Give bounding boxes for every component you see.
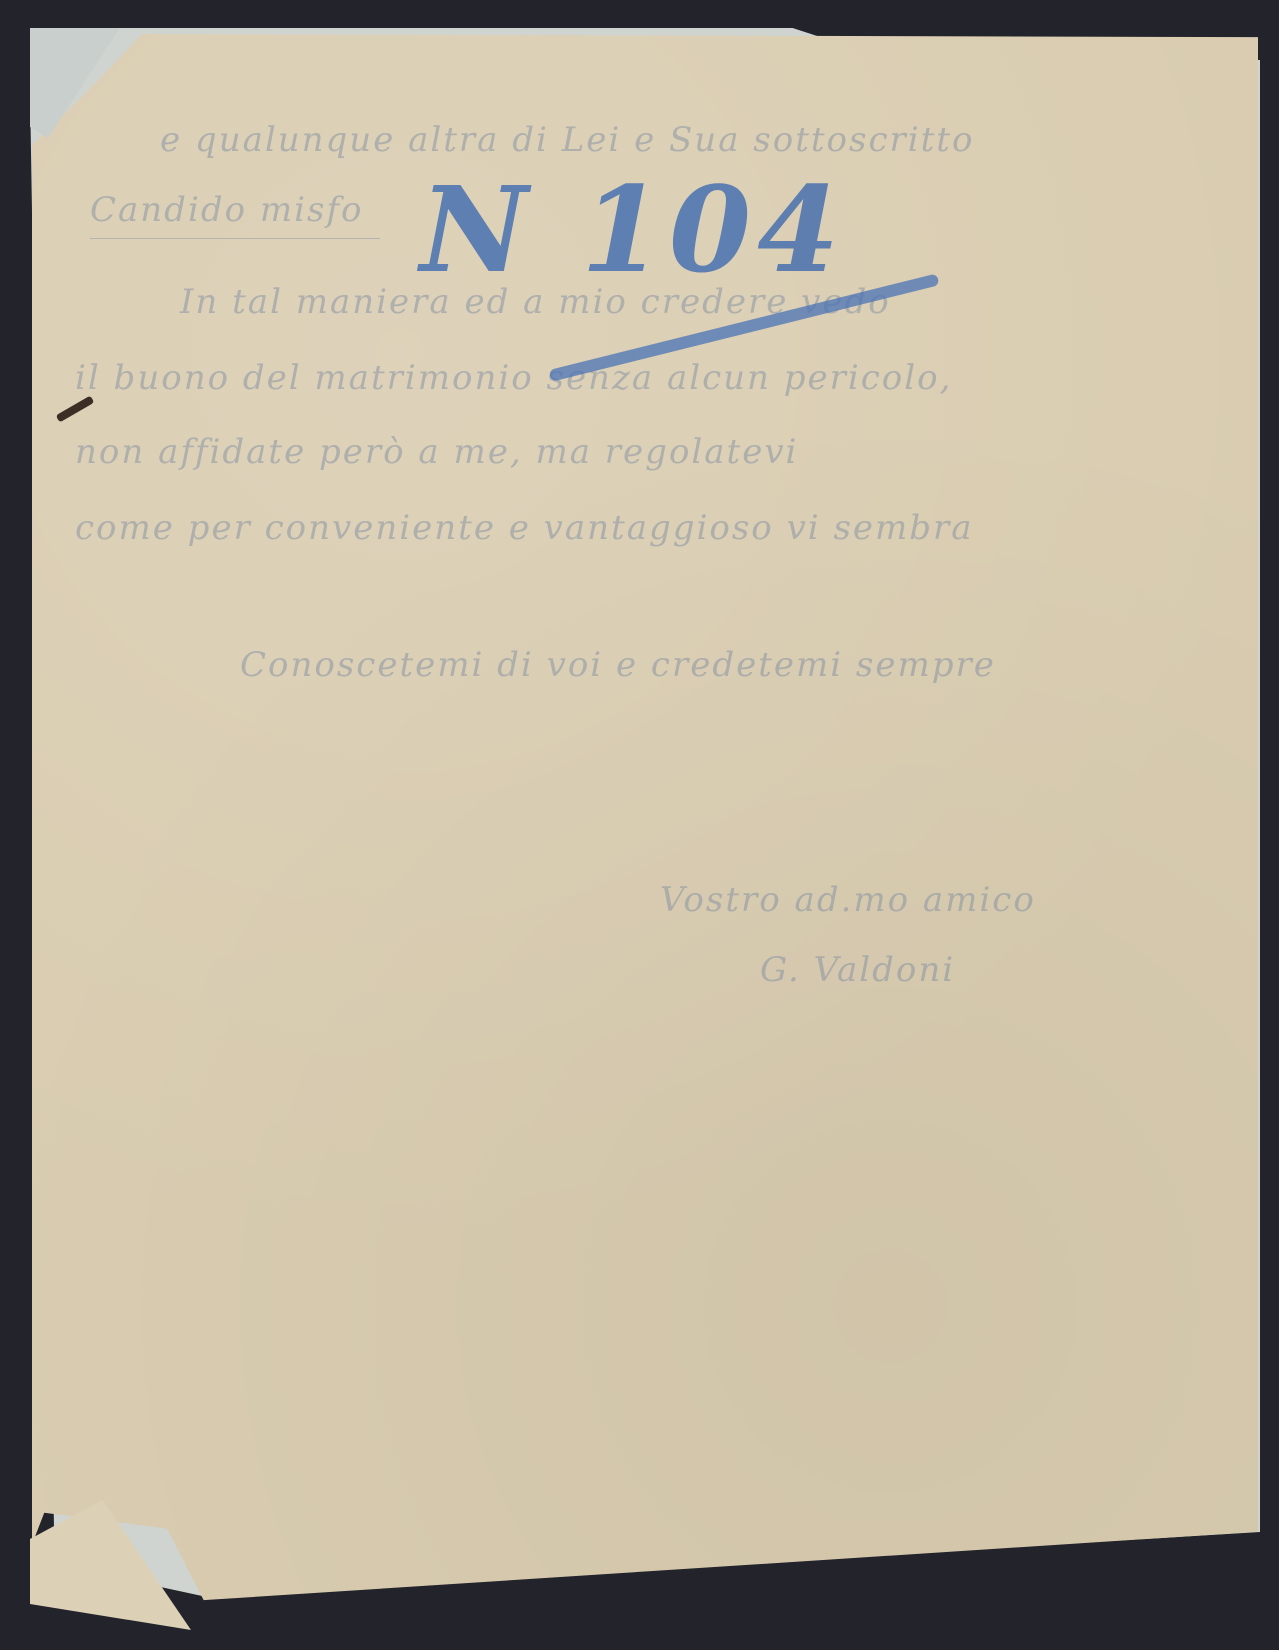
text-line: come per conveniente e vantaggioso vi se… bbox=[75, 508, 974, 548]
text-line: il buono del matrimonio senza alcun peri… bbox=[75, 358, 952, 398]
text-line: e qualunque altra di Lei e Sua sottoscri… bbox=[160, 120, 974, 160]
text-line: Candido misfo bbox=[90, 190, 363, 230]
archive-number-annotation: N 104 bbox=[420, 160, 845, 299]
signature-closing: Vostro ad.mo amico bbox=[660, 880, 1036, 920]
text-line: Conoscetemi di voi e credetemi sempre bbox=[240, 645, 996, 685]
text-line: non affidate però a me, ma regolatevi bbox=[75, 432, 798, 472]
signature-name: G. Valdoni bbox=[760, 950, 955, 990]
underline-rule bbox=[90, 238, 380, 239]
